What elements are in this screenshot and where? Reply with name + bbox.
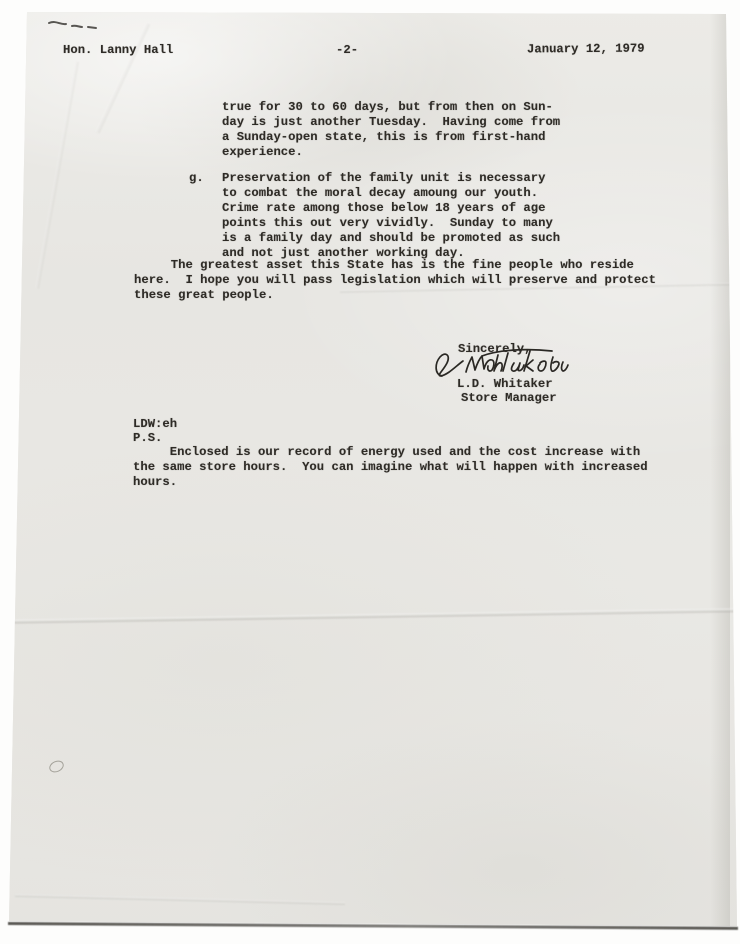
pen-mark [44, 16, 106, 32]
letter-paper: Hon. Lanny Hall -2- January 12, 1979 tru… [0, 0, 740, 944]
list-item-g-label: g. [189, 171, 204, 186]
fold-crease-left [35, 61, 79, 288]
header-date: January 12, 1979 [527, 42, 645, 58]
paper-right-edge-shade [710, 12, 730, 928]
sender-title: Store Manager [461, 391, 557, 406]
postscript-paragraph: Enclosed is our record of energy used an… [133, 445, 648, 490]
pencil-mark [47, 758, 65, 774]
fold-crease-top-left [95, 23, 150, 134]
postscript-label: P.S. [133, 431, 162, 446]
closing-paragraph: The greatest asset this State has is the… [134, 258, 656, 303]
reference-initials: LDW:eh [133, 417, 177, 432]
fold-crease-bottom-left [15, 894, 345, 905]
header-recipient: Hon. Lanny Hall [63, 43, 173, 58]
fold-crease-middle [0, 608, 740, 624]
typed-name: L.D. Whitaker [457, 377, 553, 392]
continuation-paragraph: true for 30 to 60 days, but from then on… [222, 100, 560, 160]
page-number: -2- [336, 43, 358, 58]
list-item-g-text: Preservation of the family unit is neces… [222, 171, 560, 260]
